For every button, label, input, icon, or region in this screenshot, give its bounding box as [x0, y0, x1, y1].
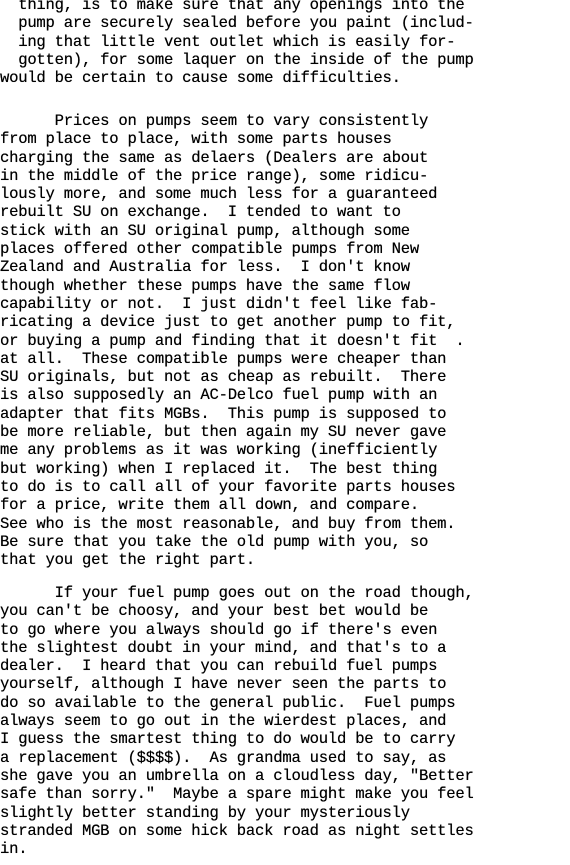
- text-line: dealer. I heard that you can rebuild fue…: [0, 657, 570, 675]
- text-line: though whether these pumps have the same…: [0, 277, 570, 295]
- text-line: capability or not. I just didn't feel li…: [0, 295, 570, 313]
- paragraph-pump-prices: Prices on pumps seem to vary consistentl…: [0, 112, 570, 569]
- text-line: yourself, although I have never seen the…: [0, 675, 570, 693]
- text-line: me any problems as it was working (ineff…: [0, 441, 570, 459]
- text-line: ricating a device just to get another pu…: [0, 313, 570, 331]
- text-line: stranded MGB on some hick back road as n…: [0, 822, 570, 840]
- text-line: do so available to the general public. F…: [0, 694, 570, 712]
- text-line: at all. These compatible pumps were chea…: [0, 350, 570, 368]
- text-line: she gave you an umbrella on a cloudless …: [0, 767, 570, 785]
- text-line: would be certain to cause some difficult…: [0, 69, 570, 87]
- text-line: SU originals, but not as cheap as rebuil…: [0, 368, 570, 386]
- text-line: that you get the right part.: [0, 551, 570, 569]
- text-line: but working) when I replaced it. The bes…: [0, 460, 570, 478]
- text-line: charging the same as delaers (Dealers ar…: [0, 149, 570, 167]
- text-line: rebuilt SU on exchange. I tended to want…: [0, 203, 570, 221]
- text-line: safe than sorry." Maybe a spare might ma…: [0, 785, 570, 803]
- text-line: gotten), for some laquer on the inside o…: [0, 51, 570, 69]
- text-line: in.: [0, 840, 570, 858]
- text-line: I guess the smartest thing to do would b…: [0, 730, 570, 748]
- text-line: If your fuel pump goes out on the road t…: [0, 584, 570, 602]
- text-line: Zealand and Australia for less. I don't …: [0, 258, 570, 276]
- text-line: thing, is to make sure that any openings…: [0, 0, 570, 14]
- text-line: Be sure that you take the old pump with …: [0, 533, 570, 551]
- text-line: to do is to call all of your favorite pa…: [0, 478, 570, 496]
- text-line: pump are securely sealed before you pain…: [0, 14, 570, 32]
- text-line: is also supposedly an AC-Delco fuel pump…: [0, 386, 570, 404]
- text-line: Prices on pumps seem to vary consistentl…: [0, 112, 570, 130]
- text-line: or buying a pump and finding that it doe…: [0, 332, 570, 350]
- text-line: you can't be choosy, and your best bet w…: [0, 602, 570, 620]
- text-line: lously more, and some much less for a gu…: [0, 185, 570, 203]
- text-line: a replacement ($$$$). As grandma used to…: [0, 749, 570, 767]
- paragraph-pump-sealing: thing, is to make sure that any openings…: [0, 0, 570, 87]
- text-line: See who is the most reasonable, and buy …: [0, 515, 570, 533]
- text-line: for a price, write them all down, and co…: [0, 496, 570, 514]
- text-line: be more reliable, but then again my SU n…: [0, 423, 570, 441]
- text-line: to go where you always should go if ther…: [0, 621, 570, 639]
- text-line: in the middle of the price range), some …: [0, 167, 570, 185]
- text-line: stick with an SU original pump, although…: [0, 222, 570, 240]
- text-line: the slightest doubt in your mind, and th…: [0, 639, 570, 657]
- text-line: always seem to go out in the wierdest pl…: [0, 712, 570, 730]
- text-line: ing that little vent outlet which is eas…: [0, 33, 570, 51]
- typewritten-page: thing, is to make sure that any openings…: [0, 0, 570, 865]
- paragraph-roadside-failure: If your fuel pump goes out on the road t…: [0, 584, 570, 858]
- text-line: slightly better standing by your mysteri…: [0, 804, 570, 822]
- text-line: places offered other compatible pumps fr…: [0, 240, 570, 258]
- text-line: adapter that fits MGBs. This pump is sup…: [0, 405, 570, 423]
- text-line: from place to place, with some parts hou…: [0, 130, 570, 148]
